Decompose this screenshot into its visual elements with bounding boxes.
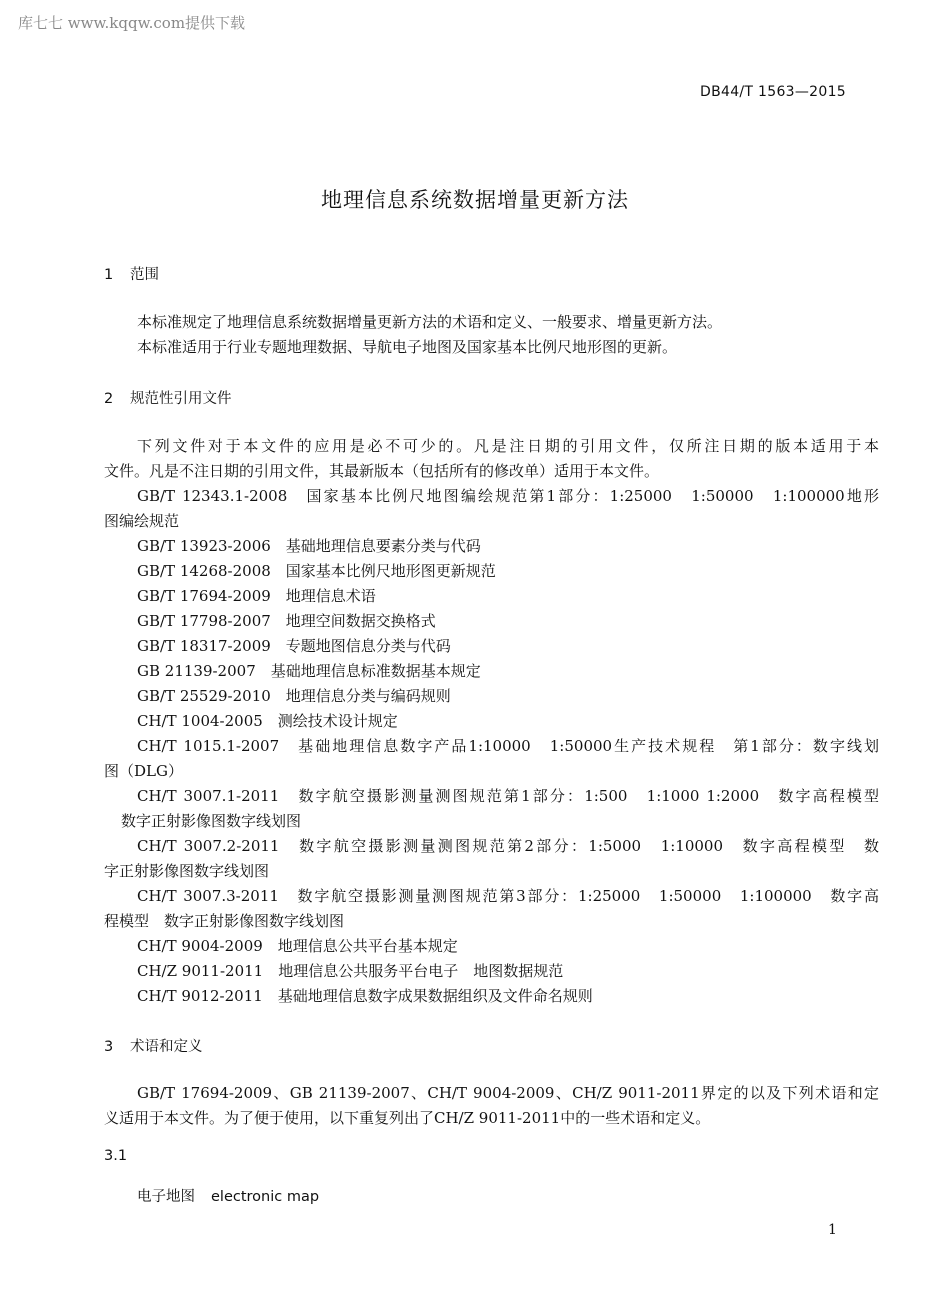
reference-item: CH/T 9004-2009 地理信息公共平台基本规定 (104, 934, 879, 959)
paragraph: 文件。凡是不注日期的引用文件，其最新版本（包括所有的修改单）适用于本文件。 (104, 459, 846, 484)
reference-item: CH/T 3007.1-2011 数字航空摄影测量测图规范第1部分：1:500 … (104, 784, 879, 809)
reference-item: CH/T 1004-2005 测绘技术设计规定 (104, 709, 879, 734)
section-title: 范围 (130, 267, 159, 283)
subsection-number: 3.1 (104, 1148, 127, 1164)
paragraph: 下列文件对于本文件的应用是必不可少的。凡是注日期的引用文件，仅所注日期的版本适用… (104, 434, 879, 459)
reference-item-continued: 图编绘规范 (104, 509, 846, 534)
reference-item: GB/T 14268-2008 国家基本比例尺地形图更新规范 (104, 559, 879, 584)
reference-item: CH/T 3007.2-2011 数字航空摄影测量测图规范第2部分：1:5000… (104, 834, 879, 859)
term-english: electronic map (211, 1189, 319, 1205)
reference-item: GB/T 18317-2009 专题地图信息分类与代码 (104, 634, 879, 659)
section-title: 规范性引用文件 (130, 391, 232, 407)
reference-item: GB 21139-2007 基础地理信息标准数据基本规定 (104, 659, 879, 684)
reference-item: CH/T 3007.3-2011 数字航空摄影测量测图规范第3部分：1:2500… (104, 884, 879, 909)
page-number: 1 (828, 1222, 837, 1238)
section-1-heading: 1范围 (104, 263, 159, 284)
reference-item: GB/T 25529-2010 地理信息分类与编码规则 (104, 684, 879, 709)
term-chinese: 电子地图 (137, 1189, 195, 1205)
section-title: 术语和定义 (130, 1039, 203, 1055)
reference-item-continued: 字正射影像图数字线划图 (104, 859, 846, 884)
reference-item: CH/Z 9011-2011 地理信息公共服务平台电子 地图数据规范 (104, 959, 879, 984)
reference-item: GB/T 12343.1-2008 国家基本比例尺地图编绘规范第1部分：1:25… (104, 484, 879, 509)
section-number: 2 (104, 391, 130, 407)
standard-code: DB44/T 1563—2015 (700, 84, 846, 100)
paragraph: 本标准规定了地理信息系统数据增量更新方法的术语和定义、一般要求、增量更新方法。 (104, 310, 879, 335)
section-3-heading: 3术语和定义 (104, 1035, 203, 1056)
section-number: 3 (104, 1039, 130, 1055)
reference-item: CH/T 9012-2011 基础地理信息数字成果数据组织及文件命名规则 (104, 984, 879, 1009)
reference-item-continued: 数字正射影像图数字线划图 (104, 809, 863, 834)
reference-item: GB/T 17694-2009 地理信息术语 (104, 584, 879, 609)
term-entry: 电子地图electronic map (137, 1185, 319, 1206)
paragraph: 本标准适用于行业专题地理数据、导航电子地图及国家基本比例尺地形图的更新。 (104, 335, 879, 360)
document-title: 地理信息系统数据增量更新方法 (0, 184, 950, 214)
reference-item-continued: 程模型 数字正射影像图数字线划图 (104, 909, 846, 934)
reference-item: GB/T 17798-2007 地理空间数据交换格式 (104, 609, 879, 634)
reference-item: GB/T 13923-2006 基础地理信息要素分类与代码 (104, 534, 879, 559)
section-number: 1 (104, 267, 130, 283)
section-2-heading: 2规范性引用文件 (104, 387, 232, 408)
reference-item-continued: 图（DLG） (104, 759, 846, 784)
watermark: 库七七 www.kqqw.com提供下载 (18, 12, 245, 33)
paragraph: 义适用于本文件。为了便于使用，以下重复列出了CH/Z 9011-2011中的一些… (104, 1106, 846, 1131)
reference-item: CH/T 1015.1-2007 基础地理信息数字产品1:10000 1:500… (104, 734, 879, 759)
paragraph: GB/T 17694-2009、GB 21139-2007、CH/T 9004-… (104, 1081, 879, 1106)
